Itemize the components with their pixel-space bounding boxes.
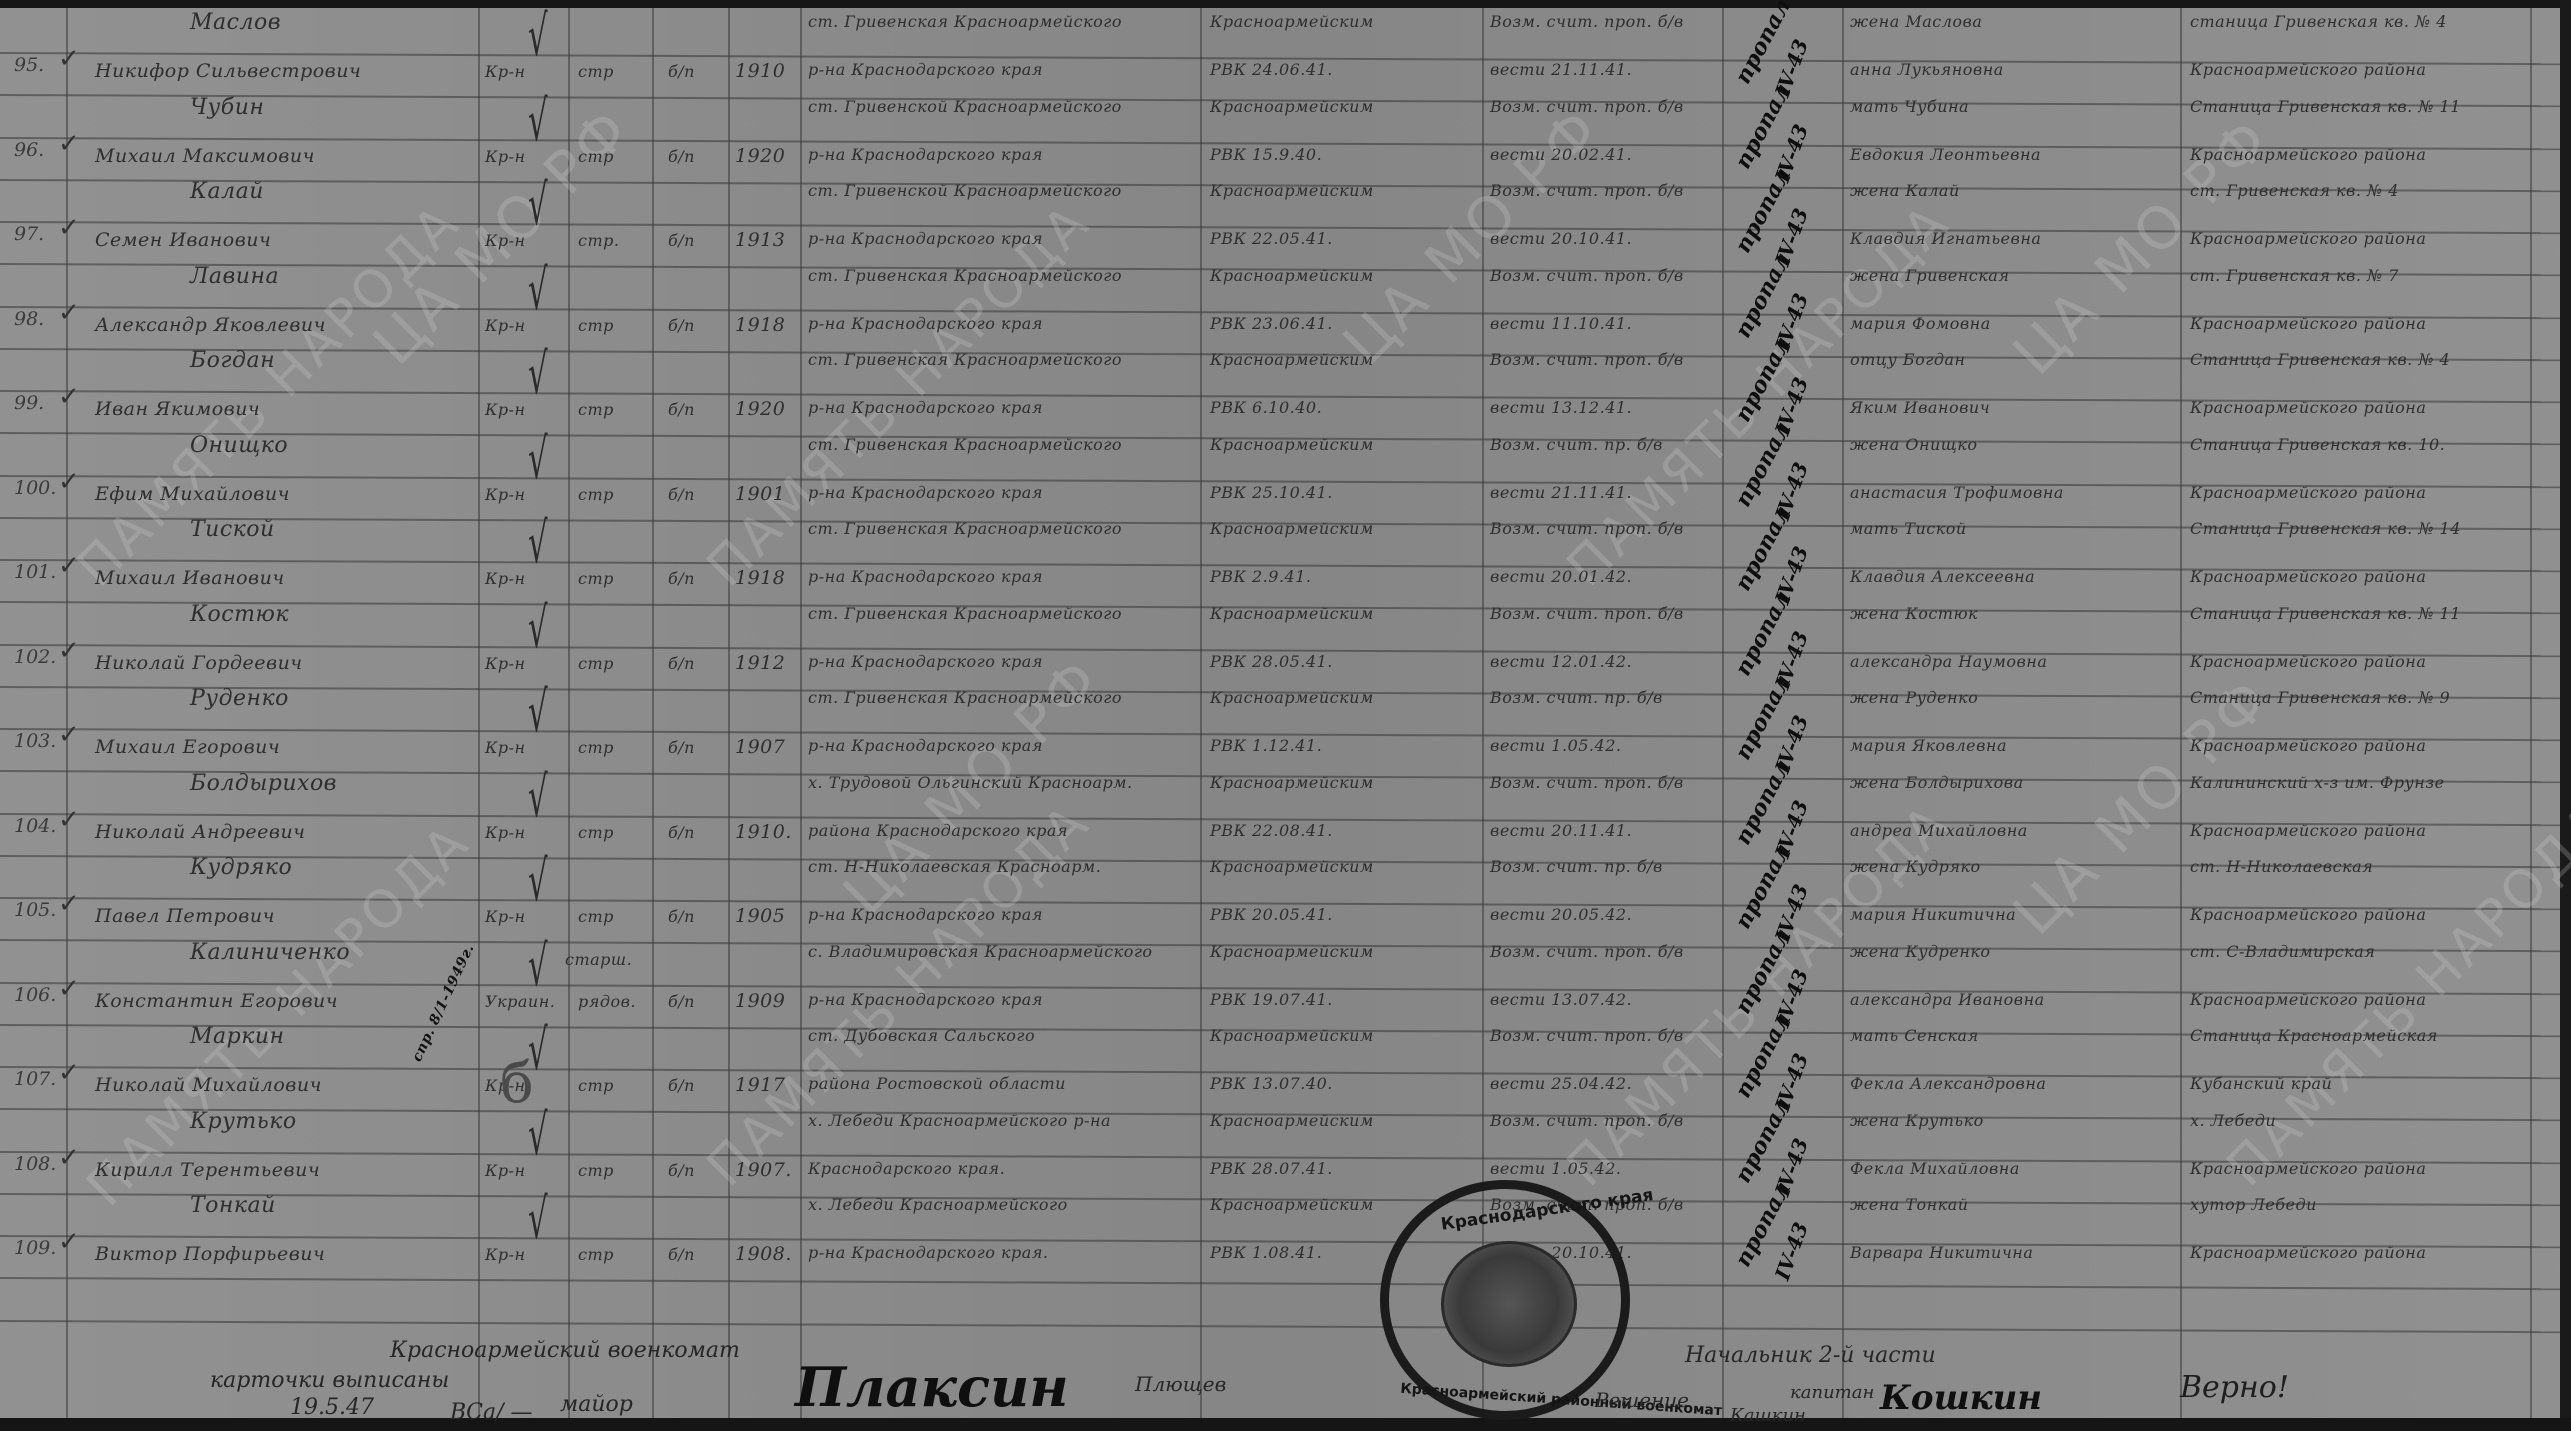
- entry-relative-line1: жена Кудренко: [1850, 944, 1991, 960]
- entry-fate-line2: вести 25.04.42.: [1490, 1076, 1632, 1092]
- check-mark-icon: ✓: [58, 44, 80, 74]
- entry-birth-year: 1909: [735, 992, 785, 1011]
- entry-rank: стр: [578, 487, 614, 503]
- entry-rank: стр: [578, 1247, 614, 1263]
- entry-draft-office: Красноармейским: [1210, 521, 1374, 537]
- footer-signature-abbr: ВСа/ —: [450, 1400, 533, 1425]
- entry-address-line2: Красноармейского района: [2190, 400, 2426, 416]
- entry-birthplace-line1: ст. Дубовская Сальского: [808, 1028, 1035, 1044]
- entry-birthplace-line1: ст. Гривенская Красноармейского: [808, 690, 1122, 706]
- entry-nationality: Кр-н: [485, 1247, 526, 1263]
- entry-surname: Крутько: [190, 1111, 297, 1133]
- entry-fate-line2: вести 13.07.42.: [1490, 992, 1632, 1008]
- entry-surname: Руденко: [190, 688, 289, 710]
- entry-draft-office: Красноармейским: [1210, 944, 1374, 960]
- entry-given-names: Никифор Сильвестрович: [95, 62, 361, 81]
- entry-birthplace-line1: х. Лебеди Красноармейского: [808, 1197, 1068, 1213]
- entry-rank: стр: [578, 149, 614, 165]
- entry-birthplace-line1: ст. Гривенская Красноармейского: [808, 606, 1122, 622]
- entry-surname: Кудряко: [190, 857, 292, 879]
- entry-surname: Онищко: [190, 435, 288, 457]
- footer-chief-rank: капитан: [1790, 1382, 1874, 1403]
- entry-address-line1: Станица Гривенская кв. № 9: [2190, 690, 2450, 706]
- check-mark-icon: ✓: [58, 1227, 80, 1257]
- entry-rank: стр: [578, 64, 614, 80]
- entry-given-names: Павел Петрович: [95, 907, 275, 926]
- entry-number: 109.: [14, 1237, 56, 1259]
- entry-birth-year: 1918: [735, 316, 785, 335]
- entry-birthplace-line2: р-на Краснодарского края: [808, 316, 1043, 332]
- entry-fate-line2: вести 13.12.41.: [1490, 400, 1632, 416]
- entry-rank: стр: [578, 318, 614, 334]
- entry-address-line1: станица Гривенская кв. № 4: [2190, 14, 2447, 30]
- entry-relative-line1: жена Кудряко: [1850, 859, 1981, 875]
- entry-birthplace-line1: ст. Гривенская Красноармейского: [808, 521, 1122, 537]
- entry-birthplace-line2: района Краснодарского края: [808, 823, 1068, 839]
- entry-given-names: Иван Якимович: [95, 400, 260, 419]
- entry-birth-year: 1912: [735, 654, 785, 673]
- entry-nationality: Кр-н: [485, 64, 526, 80]
- entry-given-names: Александр Яковлевич: [95, 316, 326, 335]
- entry-relative-line2: анастасия Трофимовна: [1850, 485, 2064, 501]
- entry-address-line2: Кубанский край: [2190, 1076, 2332, 1092]
- entry-birthplace-line1: ст. Гривенская Красноармейского: [808, 14, 1122, 30]
- entry-relative-line2: Евдокия Леонтьевна: [1850, 147, 2041, 163]
- entry-birthplace-line2: р-на Краснодарского края: [808, 485, 1043, 501]
- entry-relative-line2: Клавдия Игнатьевна: [1850, 231, 2041, 247]
- entry-draft-office: Красноармейским: [1210, 14, 1374, 30]
- entry-party: б/п: [668, 909, 695, 925]
- check-mark-icon: ✓: [58, 1143, 80, 1173]
- entry-address-line1: Станица Гривенская кв. № 11: [2190, 606, 2461, 622]
- verification-tick-icon: √: [528, 342, 548, 407]
- entry-party: б/п: [668, 1247, 695, 1263]
- entry-fate-line1: Возм. счит. проп. б/в: [1490, 1028, 1684, 1044]
- entry-number: 96.: [14, 139, 44, 161]
- check-mark-icon: ✓: [58, 805, 80, 835]
- entry-draft-date: РВК 23.06.41.: [1210, 316, 1333, 332]
- verification-tick-icon: √: [528, 596, 548, 661]
- entry-address-line2: Красноармейского района: [2190, 907, 2426, 923]
- entry-address-line2: Красноармейского района: [2190, 316, 2426, 332]
- entry-given-names: Константин Егорович: [95, 992, 338, 1011]
- entry-relative-line1: жена Онищко: [1850, 437, 1977, 453]
- entry-birthplace-line2: р-на Краснодарского края: [808, 147, 1043, 163]
- check-mark-icon: ✓: [58, 1058, 80, 1088]
- entry-given-names: Михаил Иванович: [95, 569, 285, 588]
- entry-relative-line2: Фекла Александровна: [1850, 1076, 2046, 1092]
- entry-birth-year: 1905: [735, 907, 785, 926]
- verification-tick-icon: √: [528, 765, 548, 830]
- entry-birthplace-line2: района Ростовской области: [808, 1076, 1066, 1092]
- entry-fate-line2: вести 20.11.41.: [1490, 823, 1632, 839]
- entry-birthplace-line2: р-на Краснодарского края.: [808, 1245, 1049, 1261]
- entry-draft-office: Красноармейским: [1210, 690, 1374, 706]
- entry-relative-line1: жена Костюк: [1850, 606, 1978, 622]
- entry-birthplace-line2: р-на Краснодарского края: [808, 907, 1043, 923]
- entry-rank: стр: [578, 825, 614, 841]
- entry-birth-year: 1917: [735, 1076, 785, 1095]
- entry-rank: стр: [578, 571, 614, 587]
- entry-party: б/п: [668, 318, 695, 334]
- entry-draft-office: Красноармейским: [1210, 606, 1374, 622]
- entry-nationality: Кр-н: [485, 1163, 526, 1179]
- entry-draft-office: Красноармейским: [1210, 775, 1374, 791]
- entry-draft-date: РВК 22.08.41.: [1210, 823, 1333, 839]
- check-mark-icon: ✓: [58, 298, 80, 328]
- entry-party: б/п: [668, 656, 695, 672]
- verification-tick-icon: √: [528, 89, 548, 154]
- entry-party: б/п: [668, 149, 695, 165]
- footer-officer-rank: майор: [560, 1392, 633, 1417]
- entry-birth-year: 1907.: [735, 1161, 792, 1180]
- entry-given-names: Виктор Порфирьевич: [95, 1245, 325, 1264]
- entry-nationality: Кр-н: [485, 318, 526, 334]
- verification-tick-icon: √: [528, 680, 548, 745]
- entry-party: б/п: [668, 1078, 695, 1094]
- entry-relative-line1: жена Гривенская: [1850, 268, 2009, 284]
- entry-relative-line2: мария Никитична: [1850, 907, 2016, 923]
- entry-birthplace-line2: р-на Краснодарского края: [808, 992, 1043, 1008]
- entry-birth-year: 1901: [735, 485, 785, 504]
- entry-fate-line1: Возм. счит. проп. б/в: [1490, 775, 1684, 791]
- entry-relative-line2: мария Яковлевна: [1850, 738, 2007, 754]
- entry-draft-office: Красноармейским: [1210, 1028, 1374, 1044]
- entry-number: 99.: [14, 392, 44, 414]
- entry-given-names: Кирилл Терентьевич: [95, 1161, 320, 1180]
- entry-fate-line2: вести 1.05.42.: [1490, 738, 1621, 754]
- entry-nationality: Кр-н: [485, 740, 526, 756]
- entry-number: 101.: [14, 561, 56, 583]
- entry-draft-office: Красноармейским: [1210, 268, 1374, 284]
- entry-birth-year: 1920: [735, 400, 785, 419]
- entry-birthplace-line1: ст. Гривенская Красноармейского: [808, 268, 1122, 284]
- entry-address-line1: ст. С-Владимирская: [2190, 944, 2375, 960]
- entry-relative-line2: Яким Иванович: [1850, 400, 1990, 416]
- entry-relative-line2: Клавдия Алексеевна: [1850, 569, 2035, 585]
- entry-rank-extra: старш.: [565, 952, 632, 968]
- entry-relative-line1: жена Маслова: [1850, 14, 1982, 30]
- entry-relative-line1: жена Тонкай: [1850, 1197, 1969, 1213]
- entry-rank: рядов.: [578, 994, 636, 1010]
- entry-birthplace-line1: ст. Гривенской Красноармейского: [808, 183, 1122, 199]
- entry-party: б/п: [668, 233, 695, 249]
- entry-relative-line2: Фекла Михайловна: [1850, 1161, 2020, 1177]
- entry-birth-year: 1918: [735, 569, 785, 588]
- entry-surname: Маркин: [190, 1026, 285, 1048]
- entry-number: 104.: [14, 815, 56, 837]
- scan-bottom-border: [0, 1418, 2571, 1431]
- entry-fate-line2: вести 20.01.42.: [1490, 569, 1632, 585]
- entry-fate-line2: вести 21.11.41.: [1490, 62, 1632, 78]
- entry-address-line2: Красноармейского района: [2190, 738, 2426, 754]
- verification-tick-icon: √: [528, 849, 548, 914]
- entry-surname: Тиской: [190, 519, 275, 541]
- entry-fate-line1: Возм. счит. проп. б/в: [1490, 352, 1684, 368]
- check-mark-icon: ✓: [58, 551, 80, 581]
- entry-fate-line2: вести 20.05.42.: [1490, 907, 1632, 923]
- entry-fate-line2: вести 12.01.42.: [1490, 654, 1632, 670]
- entry-draft-date: РВК 15.9.40.: [1210, 147, 1322, 163]
- footer-cards-note: карточки выписаны: [210, 1368, 449, 1393]
- entry-birth-year: 1907: [735, 738, 785, 757]
- entry-surname: Болдырихов: [190, 773, 337, 795]
- entry-relative-line1: жена Крутько: [1850, 1113, 1984, 1129]
- entry-nationality: Украин.: [485, 994, 555, 1010]
- entry-given-names: Николай Андреевич: [95, 823, 306, 842]
- entry-fate-line1: Возм. счит. пр. б/в: [1490, 859, 1663, 875]
- entry-surname: Калиниченко: [190, 942, 350, 964]
- entry-fate-line2: вести 1.05.42.: [1490, 1161, 1621, 1177]
- check-mark-icon: ✓: [58, 129, 80, 159]
- entry-relative-line1: мать Сенская: [1850, 1028, 1979, 1044]
- entry-relative-line2: андреа Михайловна: [1850, 823, 2028, 839]
- verification-tick-icon: √: [528, 1187, 548, 1252]
- entry-birthplace-line1: ст. Гривенская Красноармейского: [808, 352, 1122, 368]
- entry-draft-date: РВК 28.07.41.: [1210, 1161, 1333, 1177]
- entry-fate-line2: вести 20.02.41.: [1490, 147, 1632, 163]
- entry-address-line2: Красноармейского района: [2190, 823, 2426, 839]
- entry-fate-line1: Возм. счит. проп. б/в: [1490, 521, 1684, 537]
- entry-relative-line1: отцу Богдан: [1850, 352, 1966, 368]
- entry-party: б/п: [668, 64, 695, 80]
- entry-address-line1: хутор Лебеди: [2190, 1197, 2317, 1213]
- entry-party: б/п: [668, 487, 695, 503]
- entry-birthplace-line1: ст. Гривенской Красноармейского: [808, 99, 1122, 115]
- entry-birthplace-line1: ст. Н-Николаевская Красноарм.: [808, 859, 1101, 875]
- entry-draft-office: Красноармейским: [1210, 1197, 1374, 1213]
- entry-address-line2: Красноармейского района: [2190, 485, 2426, 501]
- entry-address-line2: Красноармейского района: [2190, 147, 2426, 163]
- entry-nationality: Кр-н: [485, 909, 526, 925]
- entry-number: 100.: [14, 477, 56, 499]
- check-mark-icon: ✓: [58, 636, 80, 666]
- entry-address-line2: Красноармейского района: [2190, 62, 2426, 78]
- entry-fate-line1: Возм. счит. пр. б/в: [1490, 437, 1663, 453]
- entry-surname: Богдан: [190, 350, 275, 372]
- entry-address-line1: Станица Гривенская кв. 10.: [2190, 437, 2445, 453]
- entry-relative-line1: мать Тиской: [1850, 521, 1967, 537]
- entry-draft-date: РВК 19.07.41.: [1210, 992, 1333, 1008]
- entry-address-line2: Красноармейского района: [2190, 1161, 2426, 1177]
- check-mark-icon: ✓: [58, 382, 80, 412]
- entry-address-line1: Станица Гривенская кв. № 11: [2190, 99, 2461, 115]
- entry-draft-date: РВК 1.12.41.: [1210, 738, 1322, 754]
- entry-fate-line1: Возм. счит. проп. б/в: [1490, 14, 1684, 30]
- entry-birthplace-line2: р-на Краснодарского края: [808, 738, 1043, 754]
- entry-address-line1: Станица Гривенская кв. № 14: [2190, 521, 2461, 537]
- check-mark-icon: ✓: [58, 467, 80, 497]
- entry-fate-line1: Возм. счит. проп. б/в: [1490, 606, 1684, 622]
- entry-relative-line2: Варвара Никитична: [1850, 1245, 2033, 1261]
- entry-number: 106.: [14, 984, 56, 1006]
- entry-fate-line1: Возм. счит. проп. б/в: [1490, 183, 1684, 199]
- entry-surname: Чубин: [190, 97, 264, 119]
- entry-given-names: Николай Михайлович: [95, 1076, 322, 1095]
- entry-draft-date: РВК 28.05.41.: [1210, 654, 1333, 670]
- entry-draft-date: РВК 2.9.41.: [1210, 569, 1311, 585]
- entry-address-line1: х. Лебеди: [2190, 1113, 2276, 1129]
- entry-surname: Костюк: [190, 604, 289, 626]
- entry-relative-line2: анна Лукьяновна: [1850, 62, 2004, 78]
- entry-address-line1: ст. Гривенская кв. № 4: [2190, 183, 2399, 199]
- entry-rank: стр: [578, 656, 614, 672]
- entry-nationality: Кр-н: [485, 487, 526, 503]
- entry-address-line1: Калининский х-з им. Фрунзе: [2190, 775, 2445, 791]
- footer-chief-name: Кашкин: [1730, 1405, 1806, 1426]
- entry-rank: стр: [578, 1078, 614, 1094]
- entry-number: 103.: [14, 730, 56, 752]
- entry-nationality: Кр-н: [485, 571, 526, 587]
- entry-relative-line2: александра Ивановна: [1850, 992, 2045, 1008]
- footer-chief-prefix: Решение: [1595, 1388, 1689, 1412]
- entry-draft-office: Красноармейским: [1210, 1113, 1374, 1129]
- entry-number: 105.: [14, 899, 56, 921]
- entry-address-line1: Станица Гривенская кв. № 4: [2190, 352, 2450, 368]
- verification-tick-icon: √: [528, 427, 548, 492]
- entry-number: 97.: [14, 223, 44, 245]
- entry-birthplace-line2: р-на Краснодарского края: [808, 62, 1043, 78]
- entry-birthplace-line2: р-на Краснодарского края: [808, 569, 1043, 585]
- entry-draft-office: Красноармейским: [1210, 183, 1374, 199]
- entry-birthplace-line1: х. Лебеди Красноармейского р-на: [808, 1113, 1111, 1129]
- entry-fate-line1: Возм. счит. проп. б/в: [1490, 1113, 1684, 1129]
- entry-fate-line1: Возм. счит. пр. б/в: [1490, 690, 1663, 706]
- check-mark-icon: ✓: [58, 974, 80, 1004]
- entry-draft-date: РВК 13.07.40.: [1210, 1076, 1333, 1092]
- entry-surname: Лавина: [190, 266, 279, 288]
- footer-certified-mark: Верно!: [2180, 1370, 2289, 1405]
- entry-draft-date: РВК 25.10.41.: [1210, 485, 1333, 501]
- entry-address-line1: Станица Красноармейская: [2190, 1028, 2438, 1044]
- entry-rank: стр: [578, 402, 614, 418]
- footer-office-line: Красноармейский военкомат: [390, 1338, 740, 1363]
- entry-given-names: Михаил Егорович: [95, 738, 280, 757]
- check-mark-icon: ✓: [58, 213, 80, 243]
- entry-birthplace-line2: Краснодарского края.: [808, 1161, 1005, 1177]
- entry-address-line2: Красноармейского района: [2190, 231, 2426, 247]
- coat-of-arms-emblem-icon: [1441, 1241, 1577, 1367]
- footer-officer-signature: Плаксин: [795, 1355, 1069, 1419]
- entry-number: 107.: [14, 1068, 56, 1090]
- entry-number: 108.: [14, 1153, 56, 1175]
- entry-draft-date: РВК 6.10.40.: [1210, 400, 1322, 416]
- verification-tick-icon: √: [528, 4, 548, 69]
- entry-given-names: Николай Гордеевич: [95, 654, 303, 673]
- verification-tick-icon: √: [528, 1103, 548, 1168]
- entry-number: 98.: [14, 308, 44, 330]
- entry-rank: стр: [578, 740, 614, 756]
- entry-relative-line2: александра Наумовна: [1850, 654, 2047, 670]
- entry-fate-line1: Возм. счит. проп. б/в: [1490, 268, 1684, 284]
- scan-right-border: [2560, 0, 2571, 1431]
- entry-given-names: Ефим Михайлович: [95, 485, 290, 504]
- entry-address-line2: Красноармейского района: [2190, 1245, 2426, 1261]
- entry-relative-line2: мария Фомовна: [1850, 316, 1991, 332]
- entry-birthplace-line1: с. Владимировская Красноармейского: [808, 944, 1153, 960]
- entry-birth-year: 1908.: [735, 1245, 792, 1264]
- entry-party: б/п: [668, 994, 695, 1010]
- entry-fate-line2: вести 11.10.41.: [1490, 316, 1632, 332]
- entry-party: б/п: [668, 1163, 695, 1179]
- entry-number: 102.: [14, 646, 56, 668]
- entry-surname: Тонкай: [190, 1195, 276, 1217]
- entry-fate-line2: вести 21.11.41.: [1490, 485, 1632, 501]
- entry-given-names: Семен Иванович: [95, 231, 271, 250]
- entry-address-line2: Красноармейского района: [2190, 992, 2426, 1008]
- entry-address-line1: ст. Н-Николаевская: [2190, 859, 2373, 875]
- entry-birth-year: 1913: [735, 231, 785, 250]
- entry-draft-date: РВК 20.05.41.: [1210, 907, 1333, 923]
- entry-birth-year: 1910.: [735, 823, 792, 842]
- entry-nationality: Кр-н: [485, 402, 526, 418]
- entry-party: б/п: [668, 571, 695, 587]
- entry-birthplace-line2: р-на Краснодарского края: [808, 654, 1043, 670]
- check-mark-icon: ✓: [58, 889, 80, 919]
- entry-party: б/п: [668, 825, 695, 841]
- verification-tick-icon: √: [528, 173, 548, 238]
- entry-rank: стр: [578, 909, 614, 925]
- entry-nationality: Кр-н: [485, 656, 526, 672]
- entry-address-line1: ст. Гривенская кв. № 7: [2190, 268, 2399, 284]
- check-mark-icon: ✓: [58, 720, 80, 750]
- footer-chief-label: Начальник 2-й части: [1685, 1343, 1936, 1368]
- entry-address-line2: Красноармейского района: [2190, 569, 2426, 585]
- entry-relative-line1: жена Калай: [1850, 183, 1960, 199]
- entry-address-line2: Красноармейского района: [2190, 654, 2426, 670]
- entry-birthplace-line2: р-на Краснодарского края: [808, 400, 1043, 416]
- entry-birthplace-line2: р-на Краснодарского края: [808, 231, 1043, 247]
- entry-draft-office: Красноармейским: [1210, 352, 1374, 368]
- entry-draft-office: Красноармейским: [1210, 437, 1374, 453]
- entry-fate-line2: вести 20.10.41.: [1490, 231, 1632, 247]
- entry-rank: стр: [578, 1163, 614, 1179]
- entry-relative-line1: жена Болдырихова: [1850, 775, 2024, 791]
- entry-draft-date: РВК 22.05.41.: [1210, 231, 1333, 247]
- entry-fate-line1: Возм. счит. проп. б/в: [1490, 944, 1684, 960]
- entry-party: б/п: [668, 402, 695, 418]
- entry-rank: стр.: [578, 233, 619, 249]
- entry-birthplace-line1: ст. Гривенская Красноармейского: [808, 437, 1122, 453]
- entry-number: 95.: [14, 54, 44, 76]
- entry-party: б/п: [668, 740, 695, 756]
- entry-draft-date: РВК 1.08.41.: [1210, 1245, 1322, 1261]
- footer-cards-date: 19.5.47: [290, 1395, 374, 1420]
- entry-nationality: Кр-н: [485, 149, 526, 165]
- entry-birth-year: 1910: [735, 62, 785, 81]
- entry-fate-line1: Возм. счит. проп. б/в: [1490, 99, 1684, 115]
- verification-tick-icon: √: [528, 258, 548, 323]
- entry-surname: Маслов: [190, 12, 281, 34]
- entry-draft-office: Красноармейским: [1210, 859, 1374, 875]
- footer-officer-name: Плющев: [1135, 1372, 1226, 1396]
- entry-nationality: Кр-н: [485, 825, 526, 841]
- footer-chief-signature: Кошкин: [1880, 1378, 2042, 1418]
- entry-given-names: Михаил Максимович: [95, 147, 315, 166]
- verification-tick-icon: √: [528, 511, 548, 576]
- verification-tick-icon: √: [528, 934, 548, 999]
- entry-surname: Калай: [190, 181, 264, 203]
- entry-draft-office: Красноармейским: [1210, 99, 1374, 115]
- entry-relative-line1: жена Руденко: [1850, 690, 1978, 706]
- entry-nationality: Кр-н: [485, 233, 526, 249]
- entry-relative-line1: мать Чубина: [1850, 99, 1969, 115]
- entry-draft-date: РВК 24.06.41.: [1210, 62, 1333, 78]
- entry-birth-year: 1920: [735, 147, 785, 166]
- entry-birthplace-line1: х. Трудовой Ольгинский Красноарм.: [808, 775, 1133, 791]
